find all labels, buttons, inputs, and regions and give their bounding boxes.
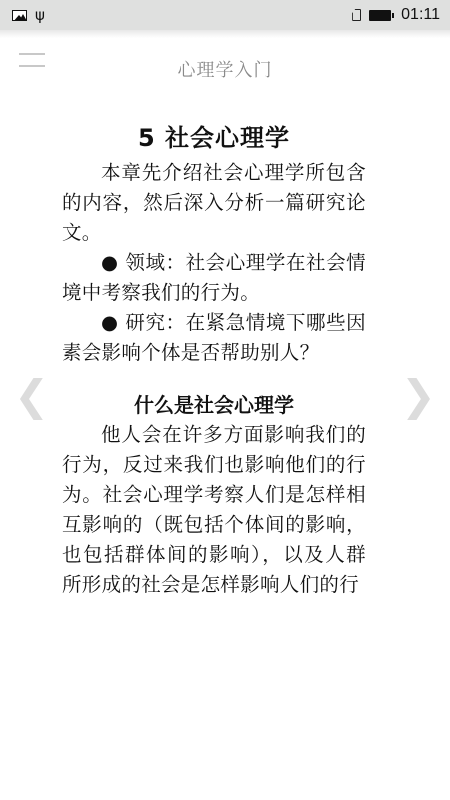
status-left: ψ: [12, 8, 45, 23]
battery-icon: [369, 10, 391, 21]
reader-content: 5 社会心理学 本章先介绍社会心理学所包含的内容，然后深入分析一篇研究论文。 ●…: [62, 118, 366, 600]
next-page-arrow-icon[interactable]: ❯: [401, 375, 436, 417]
status-right: 01:11: [352, 6, 440, 24]
intro-paragraph: 本章先介绍社会心理学所包含的内容，然后深入分析一篇研究论文。: [62, 158, 366, 248]
bullet-icon: ●: [101, 311, 119, 334]
sim-card-icon: [352, 9, 361, 21]
app-title: 心理学入门: [0, 56, 450, 82]
status-bar: ψ 01:11: [0, 0, 450, 30]
image-icon: [12, 10, 27, 21]
previous-page-arrow-icon[interactable]: ❮: [14, 375, 49, 417]
bullet-item-research: ● 研究：在紧急情境下哪些因素会影响个体是否帮助别人？: [62, 308, 366, 368]
section-title: 什么是社会心理学: [62, 390, 366, 420]
menu-line: [19, 53, 45, 55]
clock: 01:11: [401, 6, 440, 24]
app-bar: 心理学入门: [0, 38, 450, 94]
bullet-item-domain: ● 领域：社会心理学在社会情境中考察我们的行为。: [62, 248, 366, 308]
usb-icon: ψ: [35, 8, 45, 23]
chapter-title: 5 社会心理学: [62, 118, 366, 158]
section-paragraph: 他人会在许多方面影响我们的行为，反过来我们也影响他们的行为。社会心理学考察人们是…: [62, 420, 366, 600]
bullet-icon: ●: [101, 251, 119, 274]
